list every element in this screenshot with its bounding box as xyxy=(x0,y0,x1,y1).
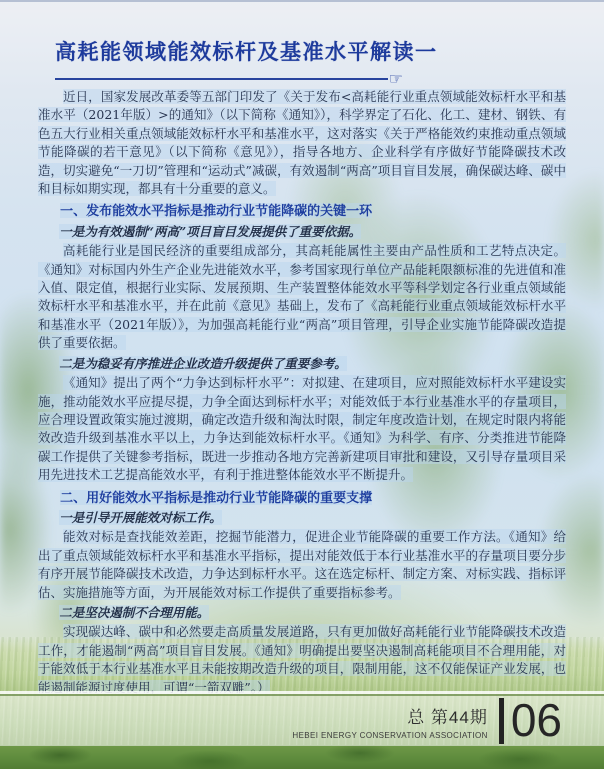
subpoint-1-1: 一是为有效遏制“两高”项目盲目发展提供了重要依据。 xyxy=(38,223,566,241)
page-number: 06 xyxy=(511,699,562,743)
issue-number: 总 第44期 xyxy=(292,703,487,728)
pointing-hand-icon: ☞ xyxy=(389,74,403,84)
section-heading-2: 二、用好能效水平指标是推动行业节能降碳的重要支撑 xyxy=(38,489,566,507)
page-footer: 总 第44期 HEBEI ENERGY CONSERVATION ASSOCIA… xyxy=(0,694,604,746)
paragraph-intro: 近日，国家发展改革委等五部门印发了《关于发布<高耗能行业重点领域能效标杆水平和基… xyxy=(38,88,566,198)
issue-info: 总 第44期 HEBEI ENERGY CONSERVATION ASSOCIA… xyxy=(292,703,487,740)
article-header: 高耗能领域能效标杆及基准水平解读一 ☞ xyxy=(55,36,564,84)
subpoint-1-2: 二是为稳妥有序推进企业改造升级提供了重要参考。 xyxy=(38,355,566,373)
top-border-line xyxy=(0,0,604,2)
grass-bottom-band xyxy=(0,745,604,769)
title-underline: ☞ xyxy=(55,74,403,84)
association-name: HEBEI ENERGY CONSERVATION ASSOCIATION xyxy=(292,731,487,740)
magazine-page: 高耗能领域能效标杆及基准水平解读一 ☞ 近日，国家发展改革委等五部门印发了《关于… xyxy=(0,0,604,769)
paragraph-2-1: 能效对标是查找能效差距，挖掘节能潜力，促进企业节能降碳的重要工作方法。《通知》给… xyxy=(38,528,566,602)
page-number-divider xyxy=(499,698,504,744)
paragraph-1-1: 高耗能行业是国民经济的重要组成部分，其高耗能属性主要由产品性质和工艺特点决定。《… xyxy=(38,242,566,352)
article-body: 近日，国家发展改革委等五部门印发了《关于发布<高耗能行业重点领域能效标杆水平和基… xyxy=(38,88,566,694)
subpoint-2-2: 二是坚决遏制不合理用能。 xyxy=(38,604,566,622)
paragraph-2-2: 实现碳达峰、碳中和必然要走高质量发展道路，只有更加做好高耗能行业节能降碳技术改造… xyxy=(38,623,566,694)
paragraph-1-2: 《通知》提出了两个“力争达到标杆水平”：对拟建、在建项目，应对照能效标杆水平建设… xyxy=(38,374,566,484)
article-title: 高耗能领域能效标杆及基准水平解读一 xyxy=(55,36,564,66)
subpoint-2-1: 一是引导开展能效对标工作。 xyxy=(38,509,566,527)
section-heading-1: 一、发布能效水平指标是推动行业节能降碳的关键一环 xyxy=(38,202,566,220)
